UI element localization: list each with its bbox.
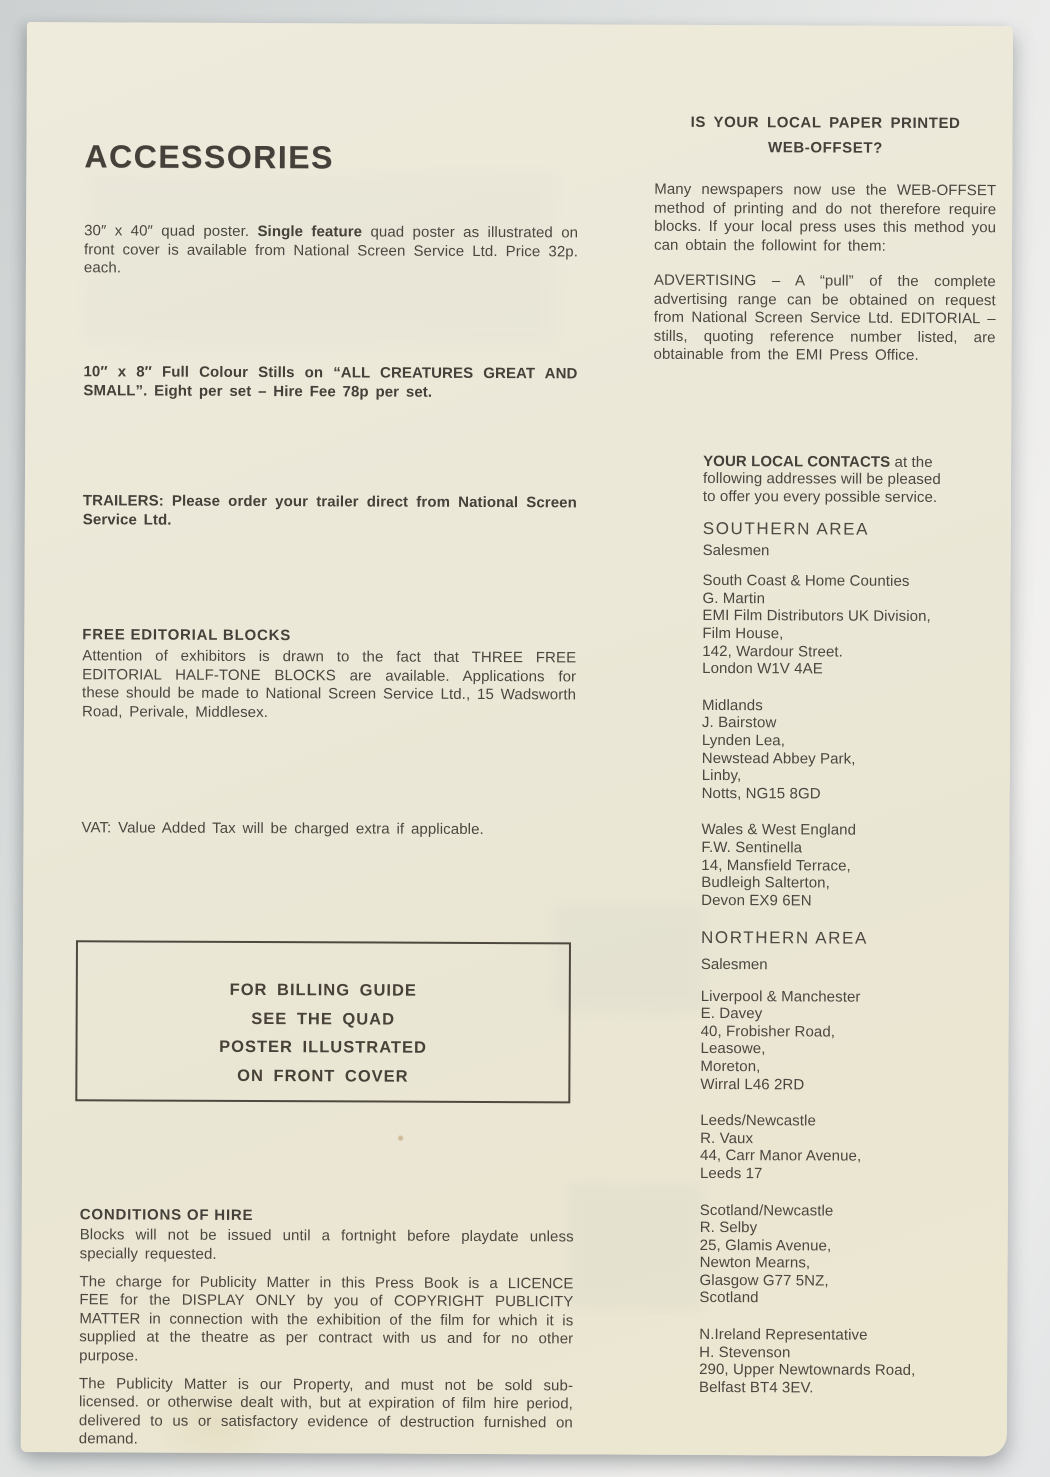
conditions-of-hire-section: CONDITIONS OF HIRE Blocks will not be is… bbox=[79, 1206, 574, 1460]
contact-line: Newton Mearns, bbox=[700, 1254, 1002, 1273]
contact-line: Liverpool & Manchester bbox=[701, 988, 1003, 1007]
contact-line: 14, Mansfield Terrace, bbox=[701, 856, 1003, 875]
billing-line-2: SEE THE QUAD bbox=[78, 1004, 569, 1035]
contacts-intro-rest: at the bbox=[890, 454, 932, 471]
area-title-southern: SOUTHERN AREA bbox=[703, 519, 1005, 540]
contacts-group-southern: SOUTHERN AREA Salesmen South Coast & Hom… bbox=[701, 519, 1005, 911]
contact-line: Glasgow G77 5NZ, bbox=[699, 1272, 1001, 1291]
contact-entry-south-coast: South Coast & Home Counties G. Martin EM… bbox=[702, 572, 1004, 679]
contact-line: Midlands bbox=[702, 697, 1004, 716]
web-offset-paragraph-1: Many newspapers now use the WEB-OFFSET m… bbox=[654, 181, 996, 256]
page-showthrough bbox=[566, 1182, 705, 1311]
free-editorial-blocks-paragraph: Attention of exhibitors is drawn to the … bbox=[82, 647, 576, 723]
area-title-northern: NORTHERN AREA bbox=[701, 928, 1003, 949]
contact-line: Scotland bbox=[699, 1289, 1001, 1308]
web-offset-heading-line1: IS YOUR LOCAL PAPER PRINTED bbox=[655, 110, 997, 136]
contacts-intro-bold: YOUR LOCAL CONTACTS bbox=[703, 453, 890, 471]
local-contacts-section: YOUR LOCAL CONTACTS at the following add… bbox=[699, 453, 1005, 1417]
contact-line: R. Selby bbox=[700, 1219, 1002, 1238]
contact-line: E. Davey bbox=[701, 1005, 1003, 1024]
conditions-paragraph-2: The charge for Publicity Matter in this … bbox=[79, 1273, 573, 1368]
quad-poster-paragraph: 30″ x 40″ quad poster. Single feature qu… bbox=[84, 222, 578, 280]
vat-paragraph: VAT: Value Added Tax will be charged ext… bbox=[81, 819, 575, 840]
contact-entry-n-ireland: N.Ireland Representative H. Stevenson 29… bbox=[699, 1326, 1001, 1398]
billing-guide-box: FOR BILLING GUIDE SEE THE QUAD POSTER IL… bbox=[75, 940, 571, 1103]
free-editorial-blocks-heading: FREE EDITORIAL BLOCKS bbox=[82, 626, 576, 645]
contact-line: Lynden Lea, bbox=[702, 732, 1004, 751]
contact-line: Belfast BT4 3EV. bbox=[699, 1379, 1001, 1398]
contact-line: 142, Wardour Street. bbox=[702, 643, 1004, 662]
conditions-of-hire-heading: CONDITIONS OF HIRE bbox=[80, 1206, 574, 1225]
web-offset-heading: IS YOUR LOCAL PAPER PRINTED WEB-OFFSET? bbox=[654, 110, 996, 161]
contact-line: South Coast & Home Counties bbox=[703, 572, 1005, 591]
contact-line: Notts, NG15 8GD bbox=[702, 785, 1004, 804]
contact-line: Newstead Abbey Park, bbox=[702, 749, 1004, 768]
contact-line: 44, Carr Manor Avenue, bbox=[700, 1147, 1002, 1166]
contact-line: Devon EX9 6EN bbox=[701, 892, 1003, 911]
contact-line: G. Martin bbox=[702, 590, 1004, 609]
conditions-paragraph-1: Blocks will not be issued until a fortni… bbox=[80, 1226, 574, 1265]
contact-line: EMI Film Distributors UK Division, bbox=[702, 607, 1004, 626]
contact-entry-leeds-newcastle: Leeds/Newcastle R. Vaux 44, Carr Manor A… bbox=[700, 1112, 1002, 1184]
contact-line: N.Ireland Representative bbox=[699, 1326, 1001, 1345]
billing-line-4: ON FRONT COVER bbox=[77, 1061, 568, 1092]
page-title: ACCESSORIES bbox=[84, 138, 578, 178]
area-salesmen-label: Salesmen bbox=[701, 956, 1003, 975]
contact-line: London W1V 4AE bbox=[702, 660, 1004, 679]
contacts-intro-line1: YOUR LOCAL CONTACTS at the bbox=[703, 453, 1005, 472]
contacts-intro-line3: to offer you every possible service. bbox=[703, 488, 1005, 507]
scanned-pressbook-photo: { "theme": { "paper": "#ece8d8", "ink": … bbox=[0, 0, 1050, 1477]
conditions-paragraph-3: The Publicity Matter is our Property, an… bbox=[79, 1375, 573, 1451]
contact-entry-scotland-newcastle: Scotland/Newcastle R. Selby 25, Glamis A… bbox=[699, 1201, 1001, 1308]
trailers-paragraph: TRAILERS: Please order your trailer dire… bbox=[83, 492, 577, 531]
quad-poster-lead: 30″ x 40″ quad poster. bbox=[84, 222, 257, 240]
contacts-group-northern: NORTHERN AREA Salesmen Liverpool & Manch… bbox=[699, 928, 1003, 1397]
contact-line: Leeds/Newcastle bbox=[700, 1112, 1002, 1131]
contact-entry-midlands: Midlands J. Bairstow Lynden Lea, Newstea… bbox=[702, 697, 1004, 804]
stills-paragraph: 10″ x 8″ Full Colour Stills on “ALL CREA… bbox=[83, 363, 577, 402]
contact-line: Leasowe, bbox=[700, 1040, 1002, 1059]
contact-line: R. Vaux bbox=[700, 1130, 1002, 1149]
paper-speck bbox=[398, 1136, 403, 1141]
contact-entry-liverpool-manchester: Liverpool & Manchester E. Davey 40, Frob… bbox=[700, 988, 1002, 1095]
contact-line: J. Bairstow bbox=[702, 714, 1004, 733]
contact-line: Leeds 17 bbox=[700, 1165, 1002, 1184]
quad-poster-bold: Single feature bbox=[257, 223, 362, 240]
billing-line-3: POSTER ILLUSTRATED bbox=[77, 1032, 568, 1063]
contact-line: Budleigh Salterton, bbox=[701, 874, 1003, 893]
web-offset-section: IS YOUR LOCAL PAPER PRINTED WEB-OFFSET? … bbox=[654, 110, 997, 366]
billing-line-1: FOR BILLING GUIDE bbox=[78, 975, 569, 1006]
contact-line: Scotland/Newcastle bbox=[700, 1201, 1002, 1220]
contact-line: 290, Upper Newtownards Road, bbox=[699, 1361, 1001, 1380]
contact-line: Moreton, bbox=[700, 1058, 1002, 1077]
contact-entry-wales-west: Wales & West England F.W. Sentinella 14,… bbox=[701, 821, 1003, 910]
pressbook-page: ACCESSORIES 30″ x 40″ quad poster. Singl… bbox=[21, 22, 1013, 1456]
contact-line: 40, Frobisher Road, bbox=[701, 1023, 1003, 1042]
contact-line: 25, Glamis Avenue, bbox=[700, 1237, 1002, 1256]
billing-guide-text: FOR BILLING GUIDE SEE THE QUAD POSTER IL… bbox=[77, 942, 569, 1091]
contact-line: Wales & West England bbox=[701, 821, 1003, 840]
web-offset-heading-line2: WEB-OFFSET? bbox=[654, 135, 996, 161]
web-offset-paragraph-2: ADVERTISING – A “pull” of the complete a… bbox=[654, 272, 996, 366]
contacts-intro-line2: following addresses will be pleased bbox=[703, 470, 1005, 489]
contact-line: Wirral L46 2RD bbox=[700, 1075, 1002, 1094]
area-salesmen-label: Salesmen bbox=[703, 542, 1005, 561]
contact-line: Linby, bbox=[702, 767, 1004, 786]
page-showthrough bbox=[554, 904, 704, 1013]
contact-line: Film House, bbox=[702, 625, 1004, 644]
contact-line: F.W. Sentinella bbox=[701, 839, 1003, 858]
contact-line: H. Stevenson bbox=[699, 1344, 1001, 1363]
